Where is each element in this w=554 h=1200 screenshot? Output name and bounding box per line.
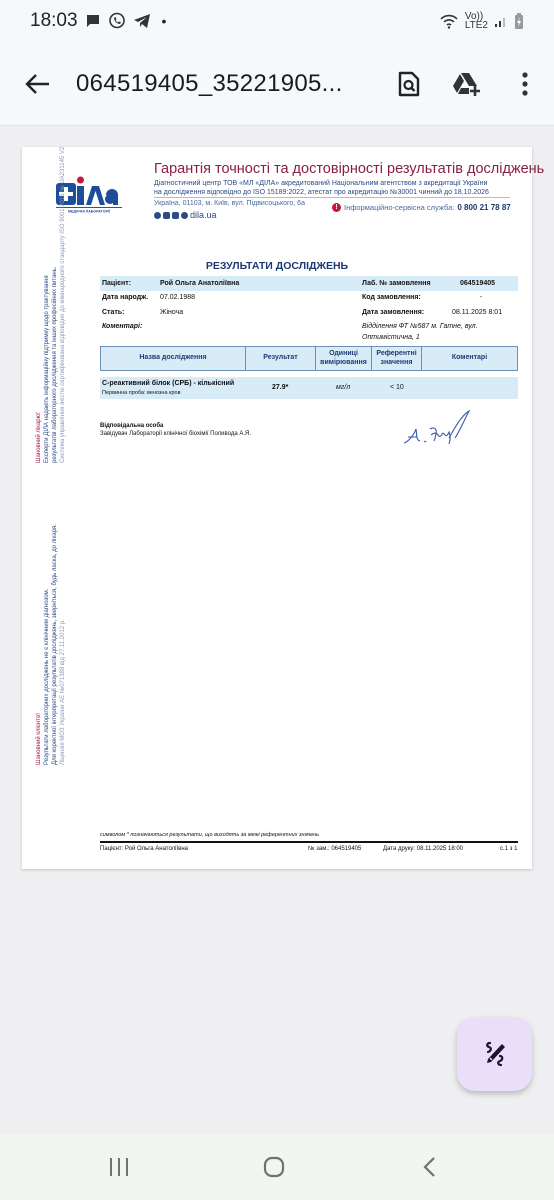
accreditation-text: Діагностичний центр ТОВ «МЛ «ДІЛА» акред… (154, 179, 489, 197)
info-icon: ! (332, 203, 341, 212)
arrow-left-icon (25, 73, 51, 95)
telegram-social-icon[interactable] (181, 212, 188, 219)
handwriting-pen-icon (481, 1040, 509, 1068)
facebook-icon[interactable] (163, 212, 170, 219)
telegram-icon (133, 13, 151, 29)
results-title: РЕЗУЛЬТАТИ ДОСЛІДЖЕНЬ (22, 260, 532, 272)
status-time: 18:03 (30, 10, 78, 32)
patient-row: Пацієнт: Рой Ольга Анатоліївна Лаб. № за… (100, 276, 518, 291)
info-service: ! Інформаційно-сервісна служба: 0 800 21… (332, 203, 511, 212)
back-icon (422, 1156, 436, 1178)
signal-icon (494, 14, 508, 28)
patient-name: Рой Ольга Анатоліївна (160, 280, 239, 287)
result-row: С-реактивний білок (СРБ) - кількісний Пе… (100, 377, 518, 399)
instagram-icon[interactable] (172, 212, 179, 219)
wifi-icon (439, 13, 459, 29)
network-type: Vo)) LTE2 (465, 12, 488, 30)
app-bar: 064519405_35221905... (0, 42, 554, 126)
more-vert-icon (521, 71, 529, 97)
social-links: dila.ua (154, 210, 217, 220)
lab-order-number: 064519405 (460, 280, 495, 287)
header-divider (154, 197, 510, 198)
website-link[interactable]: dila.ua (190, 210, 217, 220)
drive-add-icon (451, 71, 483, 97)
footer-divider (100, 841, 518, 843)
patient-info: Пацієнт: Рой Ольга Анатоліївна Лаб. № за… (100, 276, 518, 346)
sex-row: Стать: Жіноча Дата замовлення: 08.11.202… (100, 305, 518, 320)
back-button[interactable] (0, 73, 76, 95)
reference-range: < 10 (390, 384, 404, 391)
dot-icon: • (162, 13, 167, 29)
document-search-icon (398, 71, 420, 97)
battery-charging-icon (514, 13, 524, 30)
system-nav-bar (0, 1134, 554, 1200)
viber-social-icon[interactable] (154, 212, 161, 219)
more-options-button[interactable] (496, 71, 554, 97)
home-button[interactable] (259, 1154, 289, 1180)
document-title: 064519405_35221905... (76, 70, 380, 98)
status-bar: 18:03 • Vo)) LTE2 (0, 0, 554, 42)
dob-row: Дата народж. 07.02.1988 Код замовлення: … (100, 291, 518, 306)
recent-apps-icon (108, 1157, 130, 1177)
svg-text:МЕДИЧНІ ЛАБОРАТОРІЇ: МЕДИЧНІ ЛАБОРАТОРІЇ (68, 210, 111, 214)
comments-row: Коментарі: Відділення ФТ №587 м. Гатне, … (100, 320, 518, 335)
sample-type: Первинна проба: венозна кров (102, 390, 181, 396)
header-title: Гарантія точності та достовірності резул… (154, 161, 544, 177)
lab-address: Україна, 01103, м. Київ, вул. Підвисоцьк… (154, 200, 305, 207)
recent-apps-button[interactable] (104, 1154, 134, 1180)
find-in-document-button[interactable] (380, 71, 438, 97)
add-to-drive-button[interactable] (438, 71, 496, 97)
viber-icon (108, 12, 126, 30)
message-icon (85, 13, 101, 29)
home-icon (263, 1156, 285, 1178)
test-name: С-реактивний білок (СРБ) - кількісний (102, 380, 234, 387)
back-nav-button[interactable] (414, 1154, 444, 1180)
footnote: символом * позначаються результати, що в… (100, 832, 319, 838)
results-table-header: Назва дослідження Результат Одиниці вимі… (100, 346, 518, 371)
result-value: 27.9* (272, 384, 288, 391)
responsible-person: Відповідальна особа Завідувач Лабораторі… (100, 422, 251, 438)
signature-image (400, 407, 480, 449)
document-page[interactable]: МЕДИЧНІ ЛАБОРАТОРІЇ Гарантія точності та… (22, 147, 532, 869)
info-service-phone[interactable]: 0 800 21 78 87 (457, 203, 510, 212)
result-units: мг/л (336, 384, 350, 391)
annotate-fab[interactable] (457, 1017, 532, 1091)
